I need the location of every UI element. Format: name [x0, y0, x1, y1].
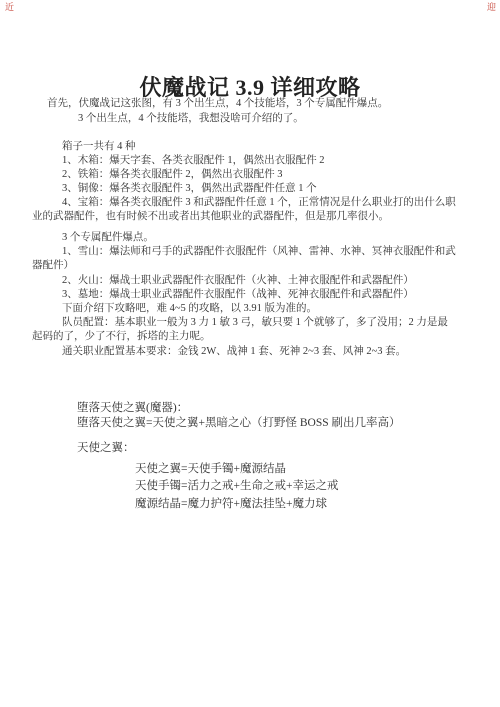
document-page: 近 迎 伏魔战记 3.9 详细攻略 首先，伏魔战记这张图，有 3 个出生点，4 …	[0, 0, 500, 707]
clear-requirements-line: 通关职业配置基本要求：金钱 2W、战神 1 套、死神 2~3 套、风神 2~3 …	[32, 345, 474, 359]
box-list-item: 3、铜像：爆各类衣服配件 3，偶然出武器配件任意 1 个	[32, 182, 474, 196]
team-config-line-continuation: 起码的了，少了不行，拆塔的主力呢。	[32, 330, 474, 344]
box-section-heading: 箱子一共有 4 种	[32, 140, 474, 154]
drop-spots-section: 3 个专属配件爆点。 1、雪山：爆法师和弓手的武器配件衣服配件（风神、雷神、水神…	[32, 231, 474, 359]
recipe-heading: 堕落天使之翼(魔器)：	[77, 401, 474, 416]
box-list-item: 2、铁箱：爆各类衣服配件 2，偶然出衣服配件 3	[32, 168, 474, 182]
team-config-line: 队员配置：基本职业一般为 3 力 1 敏 3 弓，敏只要 1 个就够了，多了没用…	[32, 316, 474, 330]
spot-list-item: 2、火山：爆战士职业武器配件衣服配件（火神、土神衣服配件和武器配件）	[32, 274, 474, 288]
strategy-intro-line: 下面介绍下攻略吧，难 4~5 的攻略，以 3.91 版为准的。	[32, 302, 474, 316]
recipe-section: 堕落天使之翼(魔器)： 堕落天使之翼=天使之翼+黑暗之心（打野怪 BOSS 刷出…	[77, 401, 474, 512]
spot-list-item: 1、雪山：爆法师和弓手的武器配件衣服配件（风神、雷神、水神、冥神衣服配件和武	[32, 245, 474, 259]
watermark-fragment-top-left: 近	[5, 2, 14, 12]
spot-section-heading: 3 个专属配件爆点。	[32, 231, 474, 245]
recipe-formula: 堕落天使之翼=天使之翼+黑暗之心（打野怪 BOSS 刷出几率高）	[77, 416, 474, 431]
recipe-sub-formula: 天使手镯=活力之戒+生命之戒+幸运之戒	[77, 478, 474, 494]
intro-line: 3 个出生点，4 个技能塔，我想没啥可介绍的了。	[32, 111, 474, 126]
spot-list-item-continuation: 器配件）	[32, 259, 474, 273]
box-list-item-continuation: 业的武器配件，也有时候不出或者出其他职业的武器配件，但是那几率很小。	[32, 210, 474, 224]
box-list-item: 1、木箱：爆天字套、各类衣服配件 1，偶然出衣服配件 2	[32, 154, 474, 168]
watermark-fragment-top-right: 迎	[487, 2, 496, 12]
box-list-item: 4、宝箱：爆各类衣服配件 3 和武器配件任意 1 个，正常情况是什么职业打的出什…	[32, 196, 474, 210]
spot-list-item: 3、墓地：爆战士职业武器配件衣服配件（战神、死神衣服配件和武器配件）	[32, 288, 474, 302]
box-types-section: 箱子一共有 4 种 1、木箱：爆天字套、各类衣服配件 1，偶然出衣服配件 2 2…	[32, 140, 474, 224]
recipe-sub-formula: 魔源结晶=魔力护符+魔法挂坠+魔力球	[77, 496, 474, 512]
intro-line: 首先，伏魔战记这张图，有 3 个出生点，4 个技能塔，3 个专属配件爆点。	[32, 96, 474, 111]
intro-paragraph: 首先，伏魔战记这张图，有 3 个出生点，4 个技能塔，3 个专属配件爆点。 3 …	[32, 96, 474, 126]
recipe-sub-formula: 天使之翼=天使手镯+魔源结晶	[77, 461, 474, 477]
recipe-subheading: 天使之翼：	[77, 441, 474, 456]
